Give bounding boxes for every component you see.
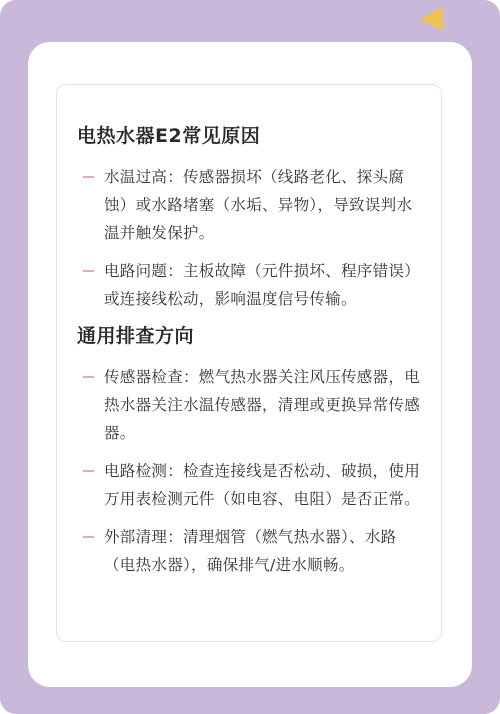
- page-frame: 电热水器E2常见原因 水温过高：传感器损坏（线路老化、探头腐蚀）或水路堵塞（水垢…: [0, 0, 500, 714]
- dash-bullet-icon: [83, 470, 94, 472]
- list-item: 水温过高：传感器损坏（线路老化、探头腐蚀）或水路堵塞（水垢、异物），导致误判水温…: [77, 163, 427, 247]
- article-content: 电热水器E2常见原因 水温过高：传感器损坏（线路老化、探头腐蚀）或水路堵塞（水垢…: [77, 123, 427, 589]
- triangle-left-icon: [420, 7, 443, 31]
- list-item: 外部清理：清理烟管（燃气热水器）、水路（电热水器），确保排气/进水顺畅。: [77, 523, 427, 579]
- dotted-panel: 电热水器E2常见原因 水温过高：传感器损坏（线路老化、探头腐蚀）或水路堵塞（水垢…: [56, 84, 442, 642]
- dash-bullet-icon: [83, 270, 94, 272]
- list-item-text: 传感器检查：燃气热水器关注风压传感器，电热水器关注水温传感器，清理或更换异常传感…: [104, 368, 420, 442]
- dash-bullet-icon: [83, 536, 94, 538]
- section-troubleshooting: 通用排查方向 传感器检查：燃气热水器关注风压传感器，电热水器关注水温传感器，清理…: [77, 323, 427, 579]
- list-item-text: 外部清理：清理烟管（燃气热水器）、水路（电热水器），确保排气/进水顺畅。: [104, 528, 396, 574]
- content-card: 电热水器E2常见原因 水温过高：传感器损坏（线路老化、探头腐蚀）或水路堵塞（水垢…: [28, 42, 472, 687]
- section-title: 电热水器E2常见原因: [77, 123, 427, 149]
- section-title: 通用排查方向: [77, 323, 427, 349]
- list-item-text: 电路问题：主板故障（元件损坏、程序错误）或连接线松动，影响温度信号传输。: [104, 262, 420, 308]
- list-item-text: 水温过高：传感器损坏（线路老化、探头腐蚀）或水路堵塞（水垢、异物），导致误判水温…: [104, 168, 412, 242]
- dash-bullet-icon: [83, 176, 94, 178]
- list-item: 电路问题：主板故障（元件损坏、程序错误）或连接线松动，影响温度信号传输。: [77, 257, 427, 313]
- list-item: 传感器检查：燃气热水器关注风压传感器，电热水器关注水温传感器，清理或更换异常传感…: [77, 363, 427, 447]
- dash-bullet-icon: [83, 376, 94, 378]
- section-causes: 电热水器E2常见原因 水温过高：传感器损坏（线路老化、探头腐蚀）或水路堵塞（水垢…: [77, 123, 427, 313]
- list-item-text: 电路检测：检查连接线是否松动、破损，使用万用表检测元件（如电容、电阻）是否正常。: [104, 462, 420, 508]
- list-item: 电路检测：检查连接线是否松动、破损，使用万用表检测元件（如电容、电阻）是否正常。: [77, 457, 427, 513]
